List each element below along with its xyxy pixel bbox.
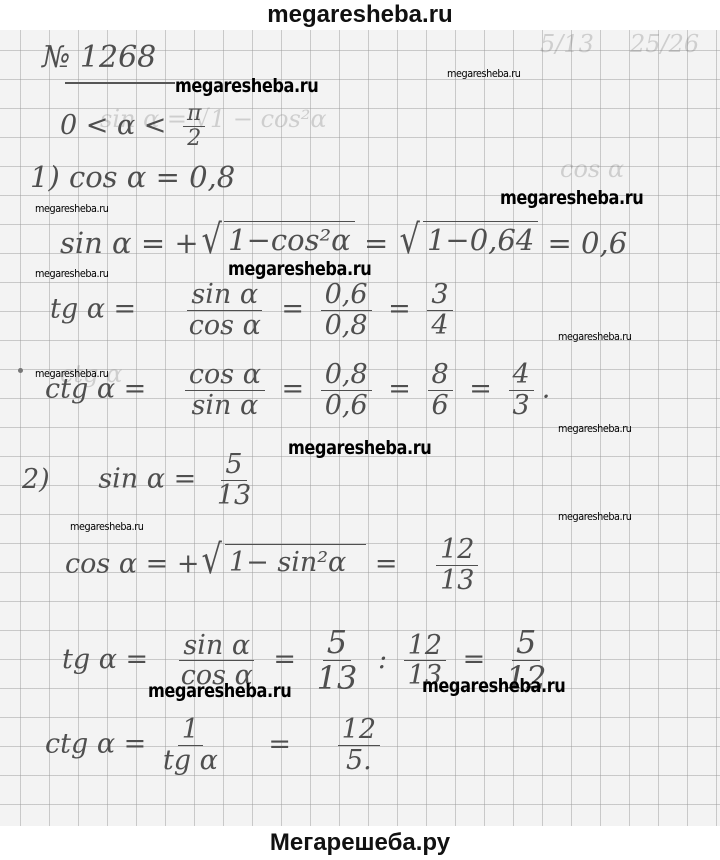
watermark: megaresheba.ru: [447, 67, 520, 80]
ghost-writing: cos α: [560, 155, 624, 183]
square-root: √1−0,64: [397, 220, 538, 260]
watermark: megaresheba.ru: [500, 187, 643, 209]
fraction: 0,80,6: [321, 360, 372, 420]
fraction: cos αsin α: [185, 360, 265, 420]
watermark: megaresheba.ru: [35, 367, 108, 380]
problem-number-underline: [65, 82, 175, 84]
fraction: 86: [428, 360, 453, 420]
watermark: megaresheba.ru: [558, 330, 631, 343]
watermark: megaresheba.ru: [35, 202, 108, 215]
part2-label: 2): [22, 464, 50, 495]
part1-sin-line: sin α = +√1−cos²α = √1−0,64 = 0,6: [60, 220, 627, 260]
fraction: 34: [427, 280, 452, 340]
part1-tg-line: tg α = sin αcos α = 0,60,8 = 34: [50, 280, 461, 340]
fraction: sin αcos α: [185, 280, 265, 340]
watermark: megaresheba.ru: [228, 258, 371, 280]
graph-paper-sheet: 5/13 25/26 sin α = √1 − cos²α cos α ctg …: [0, 30, 720, 826]
ink-dot: [18, 368, 23, 373]
part2-cos-line: cos α = +√1− sin²α = 1213: [65, 535, 486, 595]
fraction: 513: [213, 450, 255, 510]
watermark: megaresheba.ru: [558, 422, 631, 435]
square-root: √1−cos²α: [199, 220, 355, 260]
part2-given: 2) sin α = 513: [22, 450, 263, 510]
watermark: megaresheba.ru: [558, 510, 631, 523]
watermark: megaresheba.ru: [70, 520, 143, 533]
site-header-text: megaresheba.ru: [267, 1, 452, 28]
part1-ctg-line: ctg α = cos αsin α = 0,80,6 = 86 = 43.: [45, 360, 550, 420]
part1-given-text: cos α = 0,8: [69, 160, 235, 194]
part2-ctg-line: ctg α = 1tg α = 125.: [45, 715, 388, 775]
problem-number: № 1268: [42, 40, 156, 75]
site-header: megaresheba.ru: [0, 0, 720, 30]
site-footer: Мегарешеба.ру: [0, 826, 720, 860]
part1-given: 1) cos α = 0,8: [30, 160, 235, 194]
fraction: 1tg α: [159, 715, 222, 775]
condition-line: 0 < α < π 2: [60, 102, 213, 151]
site-footer-text: Мегарешеба.ру: [270, 829, 450, 856]
watermark: megaresheba.ru: [288, 437, 431, 459]
ghost-writing: 5/13: [540, 30, 594, 58]
fraction: 43: [509, 360, 534, 420]
part1-label: 1): [30, 160, 60, 194]
fraction: 1213: [436, 535, 478, 595]
fraction: 0,60,8: [321, 280, 372, 340]
watermark: megaresheba.ru: [422, 675, 565, 697]
watermark: megaresheba.ru: [175, 75, 318, 97]
fraction: π 2: [183, 102, 205, 151]
fraction: 513: [313, 625, 362, 696]
watermark: megaresheba.ru: [35, 267, 108, 280]
square-root: √1− sin²α: [199, 540, 366, 580]
watermark: megaresheba.ru: [148, 680, 291, 702]
condition-text: 0 < α <: [60, 110, 166, 141]
fraction: 125.: [338, 715, 380, 775]
ghost-writing: 25/26: [630, 30, 699, 58]
